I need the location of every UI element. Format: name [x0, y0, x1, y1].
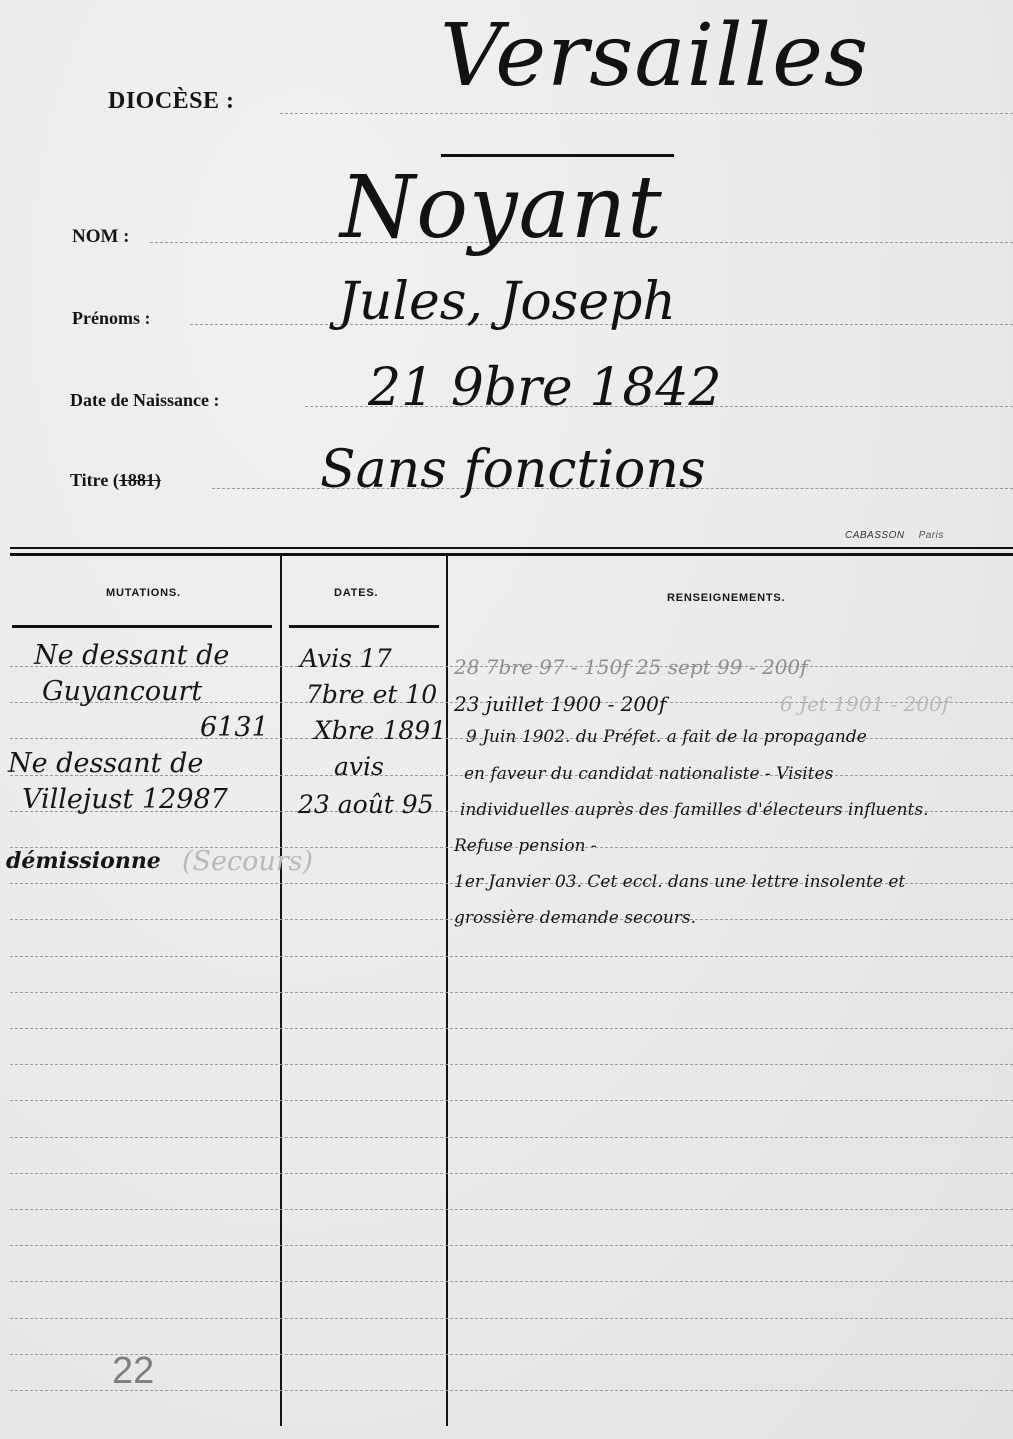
- ruled-line: [10, 1245, 1013, 1246]
- ruled-line: [10, 1390, 1013, 1391]
- renseignement-line: en faveur du candidat nationaliste - Vis…: [464, 764, 833, 784]
- personnel-record-card: DIOCÈSE : Versailles NOM : Noyant Prénom…: [0, 0, 1013, 1439]
- column-header-renseignements: RENSEIGNEMENTS.: [667, 592, 785, 604]
- mutation-line: démissionne: [6, 848, 161, 874]
- column-header-mutations: MUTATIONS.: [106, 587, 181, 599]
- ruled-line: [10, 1354, 1013, 1355]
- mutations-faint-note: (Secours): [182, 846, 313, 877]
- mutation-line: Ne dessant de: [8, 748, 203, 779]
- renseignement-line: 28 7bre 97 - 150f 25 sept 99 - 200f: [454, 655, 808, 679]
- nom-value: Noyant: [340, 158, 663, 258]
- ruled-line: [10, 1281, 1013, 1282]
- ruled-line: [10, 992, 1013, 993]
- ruled-line: [10, 1028, 1013, 1029]
- renseignement-line: Refuse pension -: [454, 836, 597, 856]
- mutation-line: Ne dessant de: [34, 640, 229, 671]
- date-line: 7bre et 10: [306, 680, 437, 709]
- dates-header-rule: [289, 625, 439, 628]
- mutation-line: Guyancourt: [42, 676, 202, 707]
- ruled-line: [10, 1173, 1013, 1174]
- mutation-line: Villejust 12987: [22, 784, 228, 815]
- titre-label-prefix: Titre (: [70, 470, 119, 490]
- printer-mark: CABASSONParis: [845, 530, 944, 541]
- table-top-rule-2: [10, 553, 1013, 556]
- page-number: 22: [112, 1350, 154, 1393]
- printer-name: CABASSON: [845, 530, 905, 541]
- renseignement-line: 23 juillet 1900 - 200f: [454, 692, 666, 716]
- nom-label: NOM :: [72, 226, 130, 248]
- diocese-label: DIOCÈSE :: [108, 88, 235, 115]
- prenoms-label: Prénoms :: [72, 308, 150, 329]
- date-naissance-value: 21 9bre 1842: [368, 358, 722, 418]
- renseignement-line: individuelles auprès des familles d'élec…: [460, 800, 928, 820]
- prenoms-value: Jules, Joseph: [338, 272, 676, 332]
- printer-city: Paris: [919, 530, 944, 541]
- diocese-rule: [280, 113, 1013, 114]
- date-naissance-label: Date de Naissance :: [70, 390, 219, 411]
- column-divider-1: [280, 556, 282, 1426]
- titre-label: Titre (1881): [70, 470, 161, 491]
- titre-value: Sans fonctions: [320, 440, 706, 500]
- ruled-line: [10, 1064, 1013, 1065]
- titre-label-struck-year: 1881): [119, 470, 161, 490]
- ruled-line: [10, 1100, 1013, 1101]
- renseignement-line: 9 Juin 1902. du Préfet. a fait de la pro…: [466, 727, 867, 747]
- table-top-rule-1: [10, 547, 1013, 549]
- date-line: Avis 17: [300, 644, 392, 673]
- ruled-line: [10, 956, 1013, 957]
- ruled-line: [10, 1318, 1013, 1319]
- renseignement-line: 6 Jet 1901 - 200f: [780, 692, 949, 716]
- column-header-dates: DATES.: [334, 587, 378, 599]
- date-line: Xbre 1891: [314, 716, 446, 745]
- ruled-line: [10, 1137, 1013, 1138]
- date-line: 23 août 95: [298, 790, 434, 819]
- ruled-line: [10, 1209, 1013, 1210]
- diocese-value: Versailles: [440, 6, 869, 106]
- mutation-line: 6131: [200, 712, 269, 743]
- header-separator: [441, 154, 674, 157]
- renseignement-line: 1er Janvier 03. Cet eccl. dans une lettr…: [454, 872, 905, 892]
- column-divider-2: [446, 556, 448, 1426]
- renseignement-line: grossière demande secours.: [454, 908, 696, 928]
- mutations-header-rule: [12, 625, 272, 628]
- date-line: avis: [334, 752, 384, 781]
